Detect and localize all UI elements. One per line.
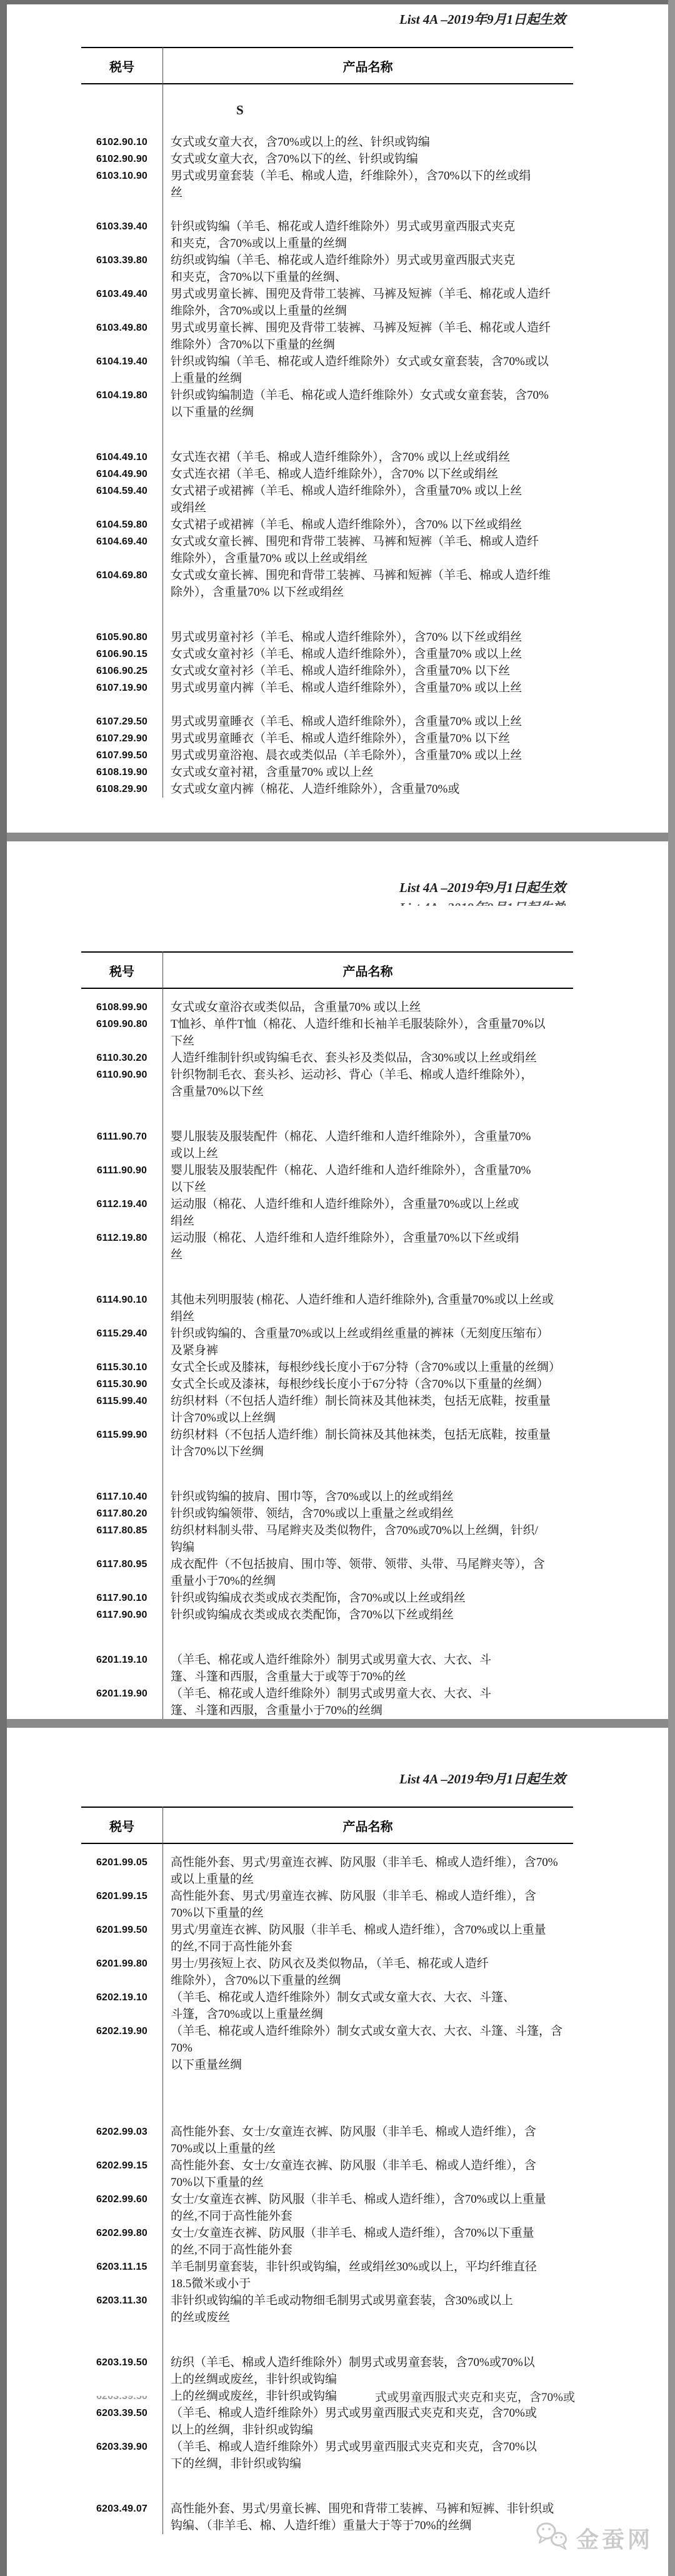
tariff-code: 6202.99.03 bbox=[81, 2123, 162, 2157]
column-header-tariff-code: 税号 bbox=[81, 961, 162, 980]
product-name: 纺织材料制头带、马尾辫夹及类似物件，含70%或70%以上丝绸，针织/钩编 bbox=[162, 1522, 573, 1556]
table-row: 6104.19.80针织或钩编制造（羊毛、棉花或人造纤维除外）女式或女童套装，含… bbox=[81, 387, 573, 421]
product-line: 计含70%或以上丝绸 bbox=[171, 1410, 573, 1426]
tariff-code: 6103.49.40 bbox=[81, 286, 162, 319]
product-name: （羊毛、棉花或人造纤维除外）制男式或男童大衣、大衣、斗篷、斗篷和西服，含重量大于… bbox=[162, 1651, 573, 1685]
product-line: 的丝,不同于高性能外套 bbox=[171, 1938, 573, 1955]
product-line: 非针织或钩编的羊毛或动物细毛制男式或男童套装，含30%或以上 bbox=[171, 2292, 573, 2309]
tariff-code: 6109.90.80 bbox=[81, 1016, 162, 1050]
product-name: （羊毛、棉花或人造纤维除外）制女式或女童大衣、大衣、斗篷、斗篷，含70%或以上重… bbox=[162, 1989, 573, 2023]
tariff-code: 6115.29.40 bbox=[81, 1325, 162, 1359]
tariff-code: 6201.19.10 bbox=[81, 1651, 162, 1685]
tariff-code: 6117.90.90 bbox=[81, 1606, 162, 1623]
product-line: 70%以下重量的丝 bbox=[171, 1905, 573, 1922]
product-name: 高性能外套、男式/男童连衣裤、防风服（非羊毛、棉或人造纤维），含70%以下重量的… bbox=[162, 1888, 573, 1922]
product-line: 除外），含重量70% 以下丝或绢丝 bbox=[171, 584, 573, 601]
product-line: 或绢丝 bbox=[171, 499, 573, 516]
table-row: 6202.99.15高性能外套、女士/女童连衣裤、防风服（非羊毛、棉或人造纤维）… bbox=[81, 2157, 573, 2191]
garbled-overlap-row: 6203.39.50上的丝绸或废丝，非针织或钩编式或男童西服式夹克和夹克，含70… bbox=[81, 2388, 573, 2405]
product-line: 女式连衣裙（羊毛、棉或人造纤维除外），含70% 以下丝或绢丝 bbox=[171, 466, 573, 483]
product-line: 维除外）含70%以下重量的丝绸 bbox=[171, 336, 573, 353]
product-line: 纺织或钩编（羊毛、棉花或人造纤维除外）男式或男童西服式夹克 bbox=[171, 252, 573, 269]
tariff-code: 6202.19.90 bbox=[81, 2023, 162, 2073]
product-line: 的丝,不同于高性能外套 bbox=[171, 2208, 573, 2225]
product-line: T恤衫、单件T恤（棉花、人造纤维和长袖羊毛服装除外），含重量70%以 bbox=[171, 1016, 573, 1033]
table-row: 6117.80.20针织或钩编领带、领结，含70%或以上重量之丝或绢丝 bbox=[81, 1505, 573, 1522]
tariff-code: 6104.49.10 bbox=[81, 449, 162, 466]
product-line: 女式或女童衬衫（羊毛、棉或人造纤维除外），含重量70% 以下丝 bbox=[171, 663, 573, 679]
table-row: 6109.90.80T恤衫、单件T恤（棉花、人造纤维和长袖羊毛服装除外），含重量… bbox=[81, 1016, 573, 1050]
product-line: 计含70%以下丝绸 bbox=[171, 1443, 573, 1460]
product-line: 高性能外套、男式/男童长裤、围兜和背带工装裤、马裤和短裤、非针织或 bbox=[171, 2500, 573, 2517]
tariff-code: 6203.49.07 bbox=[81, 2500, 162, 2534]
product-name: 非针织或钩编的羊毛或动物细毛制男式或男童套装，含30%或以上的丝或废丝 bbox=[162, 2292, 573, 2326]
tariff-code: 6107.29.50 bbox=[81, 713, 162, 730]
table-row: 6104.49.10女式连衣裙（羊毛、棉或人造纤维除外），含70% 或以上丝或绢… bbox=[81, 449, 573, 466]
table-row: 6111.90.70婴儿服装及服装配件（棉花、人造纤维和人造纤维除外），含重量7… bbox=[81, 1128, 573, 1162]
tariff-code: 6112.19.80 bbox=[81, 1230, 162, 1263]
product-line: 70%或以上重量的丝 bbox=[171, 2140, 573, 2157]
tariff-code: 6104.19.40 bbox=[81, 353, 162, 387]
product-line: （羊毛、棉花或人造纤维除外）制女式或女童大衣、大衣、斗篷、 bbox=[171, 1989, 573, 2006]
table-row: 6117.80.85纺织材料制头带、马尾辫夹及类似物件，含70%或70%以上丝绸… bbox=[81, 1522, 573, 1556]
column-header-tariff-code: 税号 bbox=[81, 57, 162, 75]
document-canvas: { "doc": { "header": "List 4A –2019年9月1日… bbox=[0, 0, 675, 2576]
product-line: 高性能外套、男式/男童连衣裤、防风服（非羊毛、棉或人造纤维），含70% bbox=[171, 1854, 573, 1871]
product-line: 绢丝 bbox=[171, 1308, 573, 1325]
table-row: 6107.19.90男式或男童内裤（羊毛、棉或人造纤维除外），含重量70% 或以… bbox=[81, 679, 573, 696]
product-name: 男式或男童内裤（羊毛、棉或人造纤维除外），含重量70% 或以上丝 bbox=[162, 679, 573, 696]
table-row: 6104.69.80女式或女童长裤、围兜和背带工装裤、马裤和短裤（羊毛、棉或人造… bbox=[81, 567, 573, 601]
tariff-code: 6114.90.10 bbox=[81, 1291, 162, 1325]
product-name: 女式或女童浴衣或类似品，含重量70% 或以上丝 bbox=[162, 999, 573, 1016]
table-row: 6104.49.90女式连衣裙（羊毛、棉或人造纤维除外），含70% 以下丝或绢丝 bbox=[81, 466, 573, 483]
product-line: 女式或女童浴衣或类似品，含重量70% 或以上丝 bbox=[171, 999, 573, 1016]
product-name: （羊毛、棉花或人造纤维除外）制男式或男童大衣、大衣、斗篷、斗篷和西服，含重量小于… bbox=[162, 1685, 573, 1719]
tariff-code: 6115.30.10 bbox=[81, 1359, 162, 1376]
tariff-code: 6104.69.80 bbox=[81, 567, 162, 601]
product-name: 高性能外套、男式/男童长裤、围兜和背带工装裤、马裤和短裤、非针织或钩编、（非羊毛… bbox=[162, 2500, 573, 2534]
list-effective-date-header: List 4A –2019年9月1日起生效 bbox=[399, 878, 566, 896]
tariff-code: 6103.39.40 bbox=[81, 218, 162, 252]
table-row: 6203.11.15羊毛制男童套装，非针织或钩编，丝或绢丝30%或以上，平均纤维… bbox=[81, 2258, 573, 2292]
table-header-row: 税号 产品名称 bbox=[81, 1807, 573, 1844]
product-line: 丝 bbox=[171, 1246, 573, 1263]
table-row: 6203.39.50（羊毛、棉或人造纤维除外）男式或男童西服式夹克和夹克，含70… bbox=[81, 2405, 573, 2438]
product-line: 女式或女童大衣，含70%以下的丝、针织或钩编 bbox=[171, 151, 573, 168]
table-row: 6106.90.15女式或女童衬衫（羊毛、棉或人造纤维除外），含重量70% 或以… bbox=[81, 646, 573, 663]
product-line: （羊毛、棉或人造纤维除外）男式或男童西服式夹克和夹克，含70%或 bbox=[171, 2405, 573, 2422]
product-name: 人造纤维制针织或钩编毛衣、套头衫及类似品，含30%或以上丝或绢丝 bbox=[162, 1050, 573, 1066]
product-line: 运动服（棉花、人造纤维和人造纤维除外），含重量70%或以上丝或 bbox=[171, 1196, 573, 1213]
tariff-code: 6201.99.05 bbox=[81, 1854, 162, 1888]
product-name: 成衣配件（不包括披肩、围巾等、领带、领带、头带、马尾辫夹等），含重量小于70%的… bbox=[162, 1556, 573, 1590]
tariff-code: 6117.90.10 bbox=[81, 1590, 162, 1606]
table-row: 6203.19.50纺织（羊毛、棉或人造纤维除外）制男式或男童套装，含70%或7… bbox=[81, 2354, 573, 2388]
product-name: 高性能外套、男式/男童连衣裤、防风服（非羊毛、棉或人造纤维），含70%或以上重量… bbox=[162, 1854, 573, 1888]
product-line: 女式全长或及漆袜，每根纱线长度小于67分特（含70%以下重量的丝绸） bbox=[171, 1376, 573, 1393]
table-row: 6103.49.80男式或男童长裤、围兜及背带工装裤、马裤及短裤（羊毛、棉花或人… bbox=[81, 319, 573, 353]
tariff-code: 6202.19.10 bbox=[81, 1989, 162, 2023]
tariff-code: 6104.69.40 bbox=[81, 533, 162, 567]
tariff-code: 6110.30.20 bbox=[81, 1050, 162, 1066]
product-line: 上重量的丝绸 bbox=[171, 370, 573, 387]
table-row: 6104.59.80女式裙子或裙裤（羊毛、棉或人造纤维除外），含70% 以下丝或… bbox=[81, 516, 573, 533]
product-line: 女式连衣裙（羊毛、棉或人造纤维除外），含70% 或以上丝或绢丝 bbox=[171, 449, 573, 466]
table-row: 6103.10.90男式或男童套装（羊毛、棉或人造，纤维除外），含70%以下的丝… bbox=[81, 168, 573, 201]
product-name: （羊毛、棉花或人造纤维除外）制女式或女童大衣、大衣、斗篷、斗篷，含70%以下重量… bbox=[162, 2023, 573, 2073]
product-line: 男式或男童内裤（羊毛、棉或人造纤维除外），含重量70% 或以上丝 bbox=[171, 679, 573, 696]
product-name: 婴儿服装及服装配件（棉花、人造纤维和人造纤维除外），含重量70%或以上丝 bbox=[162, 1128, 573, 1162]
product-name: 女式裙子或裙裤（羊毛、棉或人造纤维除外），含重量70% 或以上丝或绢丝 bbox=[162, 483, 573, 516]
product-line: 下丝 bbox=[171, 1033, 573, 1050]
table-row: 6104.19.40针织或钩编（羊毛、棉花或人造纤维除外）女式或女童套装，含70… bbox=[81, 353, 573, 387]
product-name: 女式连衣裙（羊毛、棉或人造纤维除外），含70% 以下丝或绢丝 bbox=[162, 466, 573, 483]
product-name: 女式或女童大衣，含70%或以上的丝、针织或钩编 bbox=[162, 134, 573, 151]
product-line: 男士/男孩短上衣、防风衣及类似物品，（羊毛、棉花或人造纤 bbox=[171, 1955, 573, 1972]
table-row: 6112.19.40运动服（棉花、人造纤维和人造纤维除外），含重量70%或以上丝… bbox=[81, 1196, 573, 1230]
column-header-product-name: 产品名称 bbox=[162, 961, 573, 980]
product-line: 维除外），含重量70% 或以上丝或绢丝 bbox=[171, 550, 573, 567]
tariff-code: 6108.29.90 bbox=[81, 781, 162, 798]
product-line: 男式或男童长裤、围兜及背带工装裤、马裤及短裤（羊毛、棉花或人造纤 bbox=[171, 286, 573, 303]
table-row: 6104.69.40女式或女童长裤、围兜和背带工装裤、马裤和短裤（羊毛、棉或人造… bbox=[81, 533, 573, 567]
page-2: List 4A –2019年9月1日起生效 List 4A –2019年9月1日… bbox=[7, 841, 668, 1719]
product-line: 以上的丝绸，非针织或钩编 bbox=[171, 2422, 573, 2438]
product-line: 成衣配件（不包括披肩、围巾等、领带、领带、头带、马尾辫夹等），含 bbox=[171, 1556, 573, 1573]
tariff-code: 6108.19.90 bbox=[81, 764, 162, 781]
product-line: 女式或女童衬衫（羊毛、棉或人造纤维除外），含重量70% 或以上丝 bbox=[171, 646, 573, 663]
tariff-table: 税号 产品名称 S6102.90.10女式或女童大衣，含70%或以上的丝、针织或… bbox=[81, 47, 573, 798]
tariff-code: 6102.90.90 bbox=[81, 151, 162, 168]
tariff-code: 6111.90.90 bbox=[81, 1162, 162, 1196]
product-line: 的丝,不同于高性能外套 bbox=[171, 2242, 573, 2258]
tariff-code: 6203.39.50 bbox=[81, 2405, 162, 2438]
product-name: 女式裙子或裙裤（羊毛、棉或人造纤维除外），含70% 以下丝或绢丝 bbox=[162, 516, 573, 533]
product-name: 男式或男童浴袍、晨衣或类似品（羊毛除外），含重量70% 或以上丝 bbox=[162, 747, 573, 764]
page-gap-divider bbox=[7, 833, 668, 841]
product-line: 女式或女童大衣，含70%或以上的丝、针织或钩编 bbox=[171, 134, 573, 151]
product-line: 其他未列明服装 (棉花、人造纤维和人造纤维除外), 含重量70%或以上丝或 bbox=[171, 1291, 573, 1308]
tariff-code: 6203.39.90 bbox=[81, 2438, 162, 2472]
list-effective-date-header: List 4A –2019年9月1日起生效 bbox=[399, 1769, 566, 1788]
product-line: 婴儿服装及服装配件（棉花、人造纤维和人造纤维除外），含重量70% bbox=[171, 1128, 573, 1145]
product-line: 维除外），含70%以下重量的丝绸 bbox=[171, 1972, 573, 1989]
table-row: 6103.39.40针织或钩编（羊毛、棉花或人造纤维除外）男式或男童西服式夹克和… bbox=[81, 218, 573, 252]
product-name: 女式连衣裙（羊毛、棉或人造纤维除外），含70% 或以上丝或绢丝 bbox=[162, 449, 573, 466]
table-row: 6117.10.40针织或钩编的披肩、围巾等，含70%或以上的丝或绢丝 bbox=[81, 1488, 573, 1505]
product-line: 丝 bbox=[171, 184, 573, 201]
page-1: List 4A –2019年9月1日起生效 税号 产品名称 S6102.90.1… bbox=[7, 4, 668, 833]
product-name: 女式或女童长裤、围兜和背带工装裤、马裤和短裤（羊毛、棉或人造纤维除外），含重量7… bbox=[162, 533, 573, 567]
product-name: 男式或男童长裤、围兜及背带工装裤、马裤及短裤（羊毛、棉花或人造纤维除外，含70%… bbox=[162, 286, 573, 319]
table-header-row: 税号 产品名称 bbox=[81, 47, 573, 84]
table-row: 6202.99.60女士/女童连衣裤、防风服（非羊毛、棉或人造纤维），含70%或… bbox=[81, 2191, 573, 2225]
product-name: 纺织或钩编（羊毛、棉花或人造纤维除外）男式或男童西服式夹克和夹克，含70%以下重… bbox=[162, 252, 573, 286]
tariff-code: 6115.99.90 bbox=[81, 1426, 162, 1460]
product-line: （羊毛、棉花或人造纤维除外）制男式或男童大衣、大衣、斗 bbox=[171, 1685, 573, 1702]
column-header-product-name: 产品名称 bbox=[162, 1817, 573, 1835]
tariff-code: 6201.99.80 bbox=[81, 1955, 162, 1989]
product-line: 女式裙子或裙裤（羊毛、棉或人造纤维除外），含70% 以下丝或绢丝 bbox=[171, 516, 573, 533]
tariff-code: 6106.90.15 bbox=[81, 646, 162, 663]
product-name: 针织或钩编的披肩、围巾等，含70%或以上的丝或绢丝 bbox=[162, 1488, 573, 1505]
table-row: 6115.99.90纺织材料（不包括人造纤维）制长筒袜及其他袜类，包括无底鞋，按… bbox=[81, 1426, 573, 1460]
product-line: 男式或男童睡衣（羊毛、棉或人造纤维除外），含重量70% 或以上丝 bbox=[171, 713, 573, 730]
product-name: 针织或钩编（羊毛、棉花或人造纤维除外）男式或男童西服式夹克和夹克，含70%或以上… bbox=[162, 218, 573, 252]
wechat-logo-icon bbox=[535, 2522, 570, 2555]
table-row: 6103.49.40男式或男童长裤、围兜及背带工装裤、马裤及短裤（羊毛、棉花或人… bbox=[81, 286, 573, 319]
tariff-code: 6106.90.25 bbox=[81, 663, 162, 679]
product-name: 女士/女童连衣裤、防风服（非羊毛、棉或人造纤维），含70%以下重量的丝,不同于高… bbox=[162, 2225, 573, 2258]
product-name: 男式或男童睡衣（羊毛、棉或人造纤维除外），含重量70% 以下丝 bbox=[162, 730, 573, 747]
page-3: List 4A –2019年9月1日起生效 税号 产品名称 6201.99.05… bbox=[7, 1728, 668, 2576]
tariff-code: 6103.39.80 bbox=[81, 252, 162, 286]
column-header-tariff-code: 税号 bbox=[81, 1817, 162, 1835]
product-name: 针织或钩编成衣类或成衣类配饰，含70%或以上丝或绢丝 bbox=[162, 1590, 573, 1606]
product-line: 针织或钩编（羊毛、棉花或人造纤维除外）男式或男童西服式夹克 bbox=[171, 218, 573, 235]
table-body: 6108.99.90女式或女童浴衣或类似品，含重量70% 或以上丝6109.90… bbox=[81, 989, 573, 1719]
product-line: 羊毛制男童套装，非针织或钩编，丝或绢丝30%或以上，平均纤维直径 bbox=[171, 2258, 573, 2275]
table-header-row: 税号 产品名称 bbox=[81, 951, 573, 989]
product-line: 针织或钩编（羊毛、棉花或人造纤维除外）女式或女童套装，含70%或以 bbox=[171, 353, 573, 370]
product-line: 运动服（棉花、人造纤维和人造纤维除外），含重量70%以下丝或绢 bbox=[171, 1230, 573, 1246]
table-row: 6202.99.80女士/女童连衣裤、防风服（非羊毛、棉或人造纤维），含70%以… bbox=[81, 2225, 573, 2258]
product-line: （羊毛、棉花或人造纤维除外）制男式或男童大衣、大衣、斗 bbox=[171, 1651, 573, 1668]
product-line: 钩编、（非羊毛、棉、人造纤维）重量大于等于70%的丝绸 bbox=[171, 2517, 573, 2534]
product-name: （羊毛、棉或人造纤维除外）男式或男童西服式夹克和夹克，含70%以下的丝绸，非针织… bbox=[162, 2438, 573, 2472]
product-line: 钩编 bbox=[171, 1539, 573, 1556]
faded-partial-code: 6203.39.50 bbox=[96, 2391, 147, 2402]
tariff-code: 6203.39.50 bbox=[81, 2388, 162, 2405]
table-row: 6110.30.20人造纤维制针织或钩编毛衣、套头衫及类似品，含30%或以上丝或… bbox=[81, 1050, 573, 1066]
product-name: 其他未列明服装 (棉花、人造纤维和人造纤维除外), 含重量70%或以上丝或绢丝 bbox=[162, 1291, 573, 1325]
table-row: 6108.19.90女式或女童衬裙，含重量70% 或以上丝 bbox=[81, 764, 573, 781]
tariff-code: 6203.11.15 bbox=[81, 2258, 162, 2292]
product-line: 针织或钩编的、含重量70%或以上丝或绢丝重量的裤袜（无刻度压缩布） bbox=[171, 1325, 573, 1342]
product-name: 女士/女童连衣裤、防风服（非羊毛、棉或人造纤维），含70%或以上重量的丝,不同于… bbox=[162, 2191, 573, 2225]
list-effective-date-header: List 4A –2019年9月1日起生效 bbox=[399, 9, 566, 28]
product-line: 针织物制毛衣、套头衫、运动衫、背心（羊毛、棉或人造纤维除外）， bbox=[171, 1066, 573, 1083]
table-row: 6108.29.90女式或女童内裤（棉花、人造纤维除外），含重量70%或 bbox=[81, 781, 573, 798]
product-name: 女式全长或及漆袜，每根纱线长度小于67分特（含70%以下重量的丝绸） bbox=[162, 1376, 573, 1393]
product-name: 男式或男童长裤、围兜及背带工装裤、马裤及短裤（羊毛、棉花或人造纤维除外）含70%… bbox=[162, 319, 573, 353]
product-line: 女士/女童连衣裤、防风服（非羊毛、棉或人造纤维），含70%或以上重量 bbox=[171, 2191, 573, 2208]
tariff-code: 6117.10.40 bbox=[81, 1488, 162, 1505]
table-row: 6115.30.90女式全长或及漆袜，每根纱线长度小于67分特（含70%以下重量… bbox=[81, 1376, 573, 1393]
product-name: 针织或钩编的、含重量70%或以上丝或绢丝重量的裤袜（无刻度压缩布）及紧身裤 bbox=[162, 1325, 573, 1359]
product-line: 斗篷，含70%或以上重量丝绸 bbox=[171, 2006, 573, 2023]
tariff-code: 6103.49.80 bbox=[81, 319, 162, 353]
product-line: 男式或男童衬衫（羊毛、棉或人造纤维除外），含70% 以下丝或绢丝 bbox=[171, 629, 573, 646]
product-line: 或以上重量的丝 bbox=[171, 1871, 573, 1888]
product-line: 18.5微米或小于 bbox=[171, 2275, 573, 2292]
table-row: 6117.90.10针织或钩编成衣类或成衣类配饰，含70%或以上丝或绢丝 bbox=[81, 1590, 573, 1606]
product-name: 女式或女童内裤（棉花、人造纤维除外），含重量70%或 bbox=[162, 781, 573, 798]
product-name: 男式或男童睡衣（羊毛、棉或人造纤维除外），含重量70% 或以上丝 bbox=[162, 713, 573, 730]
tariff-code: 6104.59.40 bbox=[81, 483, 162, 516]
product-name: 纺织材料（不包括人造纤维）制长筒袜及其他袜类，包括无底鞋，按重量计含70%以下丝… bbox=[162, 1426, 573, 1460]
product-line: （羊毛、棉花或人造纤维除外）制女式或女童大衣、大衣、斗篷、斗篷，含70% bbox=[171, 2023, 573, 2057]
product-line: 纺织材料（不包括人造纤维）制长筒袜及其他袜类，包括无底鞋，按重量 bbox=[171, 1426, 573, 1443]
tariff-code: 6111.90.70 bbox=[81, 1128, 162, 1162]
product-name: 女式或女童衬衫（羊毛、棉或人造纤维除外），含重量70% 或以上丝 bbox=[162, 646, 573, 663]
product-line: 和夹克，含70%以下重量的丝绸、 bbox=[171, 269, 573, 286]
tariff-code: 6202.99.15 bbox=[81, 2157, 162, 2191]
table-row: 6117.80.95成衣配件（不包括披肩、围巾等、领带、领带、头带、马尾辫夹等）… bbox=[81, 1556, 573, 1590]
table-row: 6107.29.50男式或男童睡衣（羊毛、棉或人造纤维除外），含重量70% 或以… bbox=[81, 713, 573, 730]
product-line: 针织或钩编制造（羊毛、棉花或人造纤维除外）女式或女童套装，含70% bbox=[171, 387, 573, 404]
product-name: 男士/男孩短上衣、防风衣及类似物品，（羊毛、棉花或人造纤维除外），含70%以下重… bbox=[162, 1955, 573, 1989]
product-line: 男式或男童睡衣（羊毛、棉或人造纤维除外），含重量70% 以下丝 bbox=[171, 730, 573, 747]
product-name: 男式/男童连衣裤、防风服（非羊毛、棉或人造纤维），含70%或以上重量的丝,不同于… bbox=[162, 1922, 573, 1955]
site-watermark-text: 金蚕网 bbox=[576, 2522, 653, 2554]
product-line: 篷、斗篷和西服，含重量小于70%的丝绸 bbox=[171, 1702, 573, 1719]
product-name: S bbox=[162, 102, 573, 119]
clipped-duplicate-header: List 4A –2019年9月1日起生效 bbox=[399, 898, 566, 906]
product-line: 及紧身裤 bbox=[171, 1342, 573, 1359]
table-row: 6203.11.30非针织或钩编的羊毛或动物细毛制男式或男童套装，含30%或以上… bbox=[81, 2292, 573, 2326]
tariff-table: 税号 产品名称 6201.99.05高性能外套、男式/男童连衣裤、防风服（非羊毛… bbox=[81, 1807, 573, 2534]
product-line: 以下重量的丝绸 bbox=[171, 404, 573, 421]
product-line: 针织或钩编成衣类或成衣类配饰，含70%以下丝或绢丝 bbox=[171, 1606, 573, 1623]
table-row: 6202.99.03高性能外套、女士/女童连衣裤、防风服（非羊毛、棉或人造纤维）… bbox=[81, 2123, 573, 2157]
table-row: 6103.39.80纺织或钩编（羊毛、棉花或人造纤维除外）男式或男童西服式夹克和… bbox=[81, 252, 573, 286]
product-name: 女式或女童长裤、围兜和背带工装裤、马裤和短裤（羊毛、棉或人造纤维除外），含重量7… bbox=[162, 567, 573, 601]
product-line: 女士/女童连衣裤、防风服（非羊毛、棉或人造纤维），含70%以下重量 bbox=[171, 2225, 573, 2242]
table-row: 6110.90.90针织物制毛衣、套头衫、运动衫、背心（羊毛、棉或人造纤维除外）… bbox=[81, 1066, 573, 1100]
table-body: S6102.90.10女式或女童大衣，含70%或以上的丝、针织或钩编6102.9… bbox=[81, 84, 573, 798]
overlap-line-b: 式或男童西服式夹克和夹克，含70%或 bbox=[375, 2389, 575, 2406]
table-row: 6201.99.15高性能外套、男式/男童连衣裤、防风服（非羊毛、棉或人造纤维）… bbox=[81, 1888, 573, 1922]
table-row: 6107.99.50男式或男童浴袍、晨衣或类似品（羊毛除外），含重量70% 或以… bbox=[81, 747, 573, 764]
table-row: 6201.99.50男式/男童连衣裤、防风服（非羊毛、棉或人造纤维），含70%或… bbox=[81, 1922, 573, 1955]
product-name: 运动服（棉花、人造纤维和人造纤维除外），含重量70%以下丝或绢丝 bbox=[162, 1230, 573, 1263]
product-name: 针织物制毛衣、套头衫、运动衫、背心（羊毛、棉或人造纤维除外），含重量70%以下丝 bbox=[162, 1066, 573, 1100]
product-name: 女式全长或及膝袜，每根纱线长度小于67分特（含70%或以上重量的丝绸） bbox=[162, 1359, 573, 1376]
product-line: 针织或钩编领带、领结，含70%或以上重量之丝或绢丝 bbox=[171, 1505, 573, 1522]
product-name: 纺织材料（不包括人造纤维）制长筒袜及其他袜类，包括无底鞋，按重量计含70%或以上… bbox=[162, 1393, 573, 1426]
tariff-code: 6203.11.30 bbox=[81, 2292, 162, 2326]
tariff-code: 6201.19.90 bbox=[81, 1685, 162, 1719]
product-line: 70%以下重量的丝 bbox=[171, 2174, 573, 2191]
product-line: 高性能外套、女士/女童连衣裤、防风服（非羊毛、棉或人造纤维），含 bbox=[171, 2123, 573, 2140]
product-name: 高性能外套、女士/女童连衣裤、防风服（非羊毛、棉或人造纤维），含70%或以上重量… bbox=[162, 2123, 573, 2157]
table-row: 6104.59.40女式裙子或裙裤（羊毛、棉或人造纤维除外），含重量70% 或以… bbox=[81, 483, 573, 516]
product-name: 针织或钩编成衣类或成衣类配饰，含70%以下丝或绢丝 bbox=[162, 1606, 573, 1623]
table-row: 6108.99.90女式或女童浴衣或类似品，含重量70% 或以上丝 bbox=[81, 999, 573, 1016]
product-name: 高性能外套、女士/女童连衣裤、防风服（非羊毛、棉或人造纤维），含70%以下重量的… bbox=[162, 2157, 573, 2191]
product-line: 纺织材料制头带、马尾辫夹及类似物件，含70%或70%以上丝绸，针织/ bbox=[171, 1522, 573, 1539]
table-row: 6203.49.07高性能外套、男式/男童长裤、围兜和背带工装裤、马裤和短裤、非… bbox=[81, 2500, 573, 2534]
page-gap-divider bbox=[7, 1719, 668, 1728]
tariff-code: 6201.99.50 bbox=[81, 1922, 162, 1955]
product-name: 纺织（羊毛、棉或人造纤维除外）制男式或男童套装，含70%或70%以上的丝绸或废丝… bbox=[162, 2354, 573, 2388]
table-row: 6201.19.90（羊毛、棉花或人造纤维除外）制男式或男童大衣、大衣、斗篷、斗… bbox=[81, 1685, 573, 1719]
product-line: 女式或女童衬裙，含重量70% 或以上丝 bbox=[171, 764, 573, 781]
product-name: 针织或钩编（羊毛、棉花或人造纤维除外）女式或女童套装，含70%或以上重量的丝绸 bbox=[162, 353, 573, 387]
frame-edge-left bbox=[0, 0, 7, 2576]
product-line: 以下重量丝绸 bbox=[171, 2057, 573, 2073]
product-line: 女式或女童内裤（棉花、人造纤维除外），含重量70%或 bbox=[171, 781, 573, 798]
product-line: 男式或男童浴袍、晨衣或类似品（羊毛除外），含重量70% 或以上丝 bbox=[171, 747, 573, 764]
tariff-code: 6104.19.80 bbox=[81, 387, 162, 421]
tariff-code: 6117.80.20 bbox=[81, 1505, 162, 1522]
product-line: （羊毛、棉或人造纤维除外）男式或男童西服式夹克和夹克，含70%以 bbox=[171, 2438, 573, 2455]
table-row: 6203.39.90（羊毛、棉或人造纤维除外）男式或男童西服式夹克和夹克，含70… bbox=[81, 2438, 573, 2472]
tariff-code: 6115.30.90 bbox=[81, 1376, 162, 1393]
product-line: 下的丝绸，非针织或钩编 bbox=[171, 2455, 573, 2472]
column-header-product-name: 产品名称 bbox=[162, 57, 573, 75]
product-name: 男式或男童衬衫（羊毛、棉或人造纤维除外），含70% 以下丝或绢丝 bbox=[162, 629, 573, 646]
site-watermark: 金蚕网 bbox=[535, 2522, 653, 2555]
frame-edge-top bbox=[0, 0, 675, 4]
product-line: 高性能外套、男式/男童连衣裤、防风服（非羊毛、棉或人造纤维），含 bbox=[171, 1888, 573, 1905]
table-row: 6105.90.80男式或男童衬衫（羊毛、棉或人造纤维除外），含70% 以下丝或… bbox=[81, 629, 573, 646]
tariff-code: 6112.19.40 bbox=[81, 1196, 162, 1230]
table-row: 6201.99.05高性能外套、男式/男童连衣裤、防风服（非羊毛、棉或人造纤维）… bbox=[81, 1854, 573, 1888]
product-line: 人造纤维制针织或钩编毛衣、套头衫及类似品，含30%或以上丝或绢丝 bbox=[171, 1050, 573, 1066]
product-line: 或以上丝 bbox=[171, 1145, 573, 1162]
product-line: 针织或钩编的披肩、围巾等，含70%或以上的丝或绢丝 bbox=[171, 1488, 573, 1505]
tariff-code: 6108.99.90 bbox=[81, 999, 162, 1016]
product-line: 绢丝 bbox=[171, 1213, 573, 1230]
product-line: S bbox=[236, 102, 573, 119]
tariff-code: 6202.99.60 bbox=[81, 2191, 162, 2225]
table-row: 6202.19.90（羊毛、棉花或人造纤维除外）制女式或女童大衣、大衣、斗篷、斗… bbox=[81, 2023, 573, 2073]
product-line: 女式裙子或裙裤（羊毛、棉或人造纤维除外），含重量70% 或以上丝 bbox=[171, 483, 573, 499]
product-name: 女式或女童衬衫（羊毛、棉或人造纤维除外），含重量70% 以下丝 bbox=[162, 663, 573, 679]
product-line: 婴儿服装及服装配件（棉花、人造纤维和人造纤维除外），含重量70% bbox=[171, 1162, 573, 1179]
table-row: 6201.19.10（羊毛、棉花或人造纤维除外）制男式或男童大衣、大衣、斗篷、斗… bbox=[81, 1651, 573, 1685]
table-row: 6117.90.90针织或钩编成衣类或成衣类配饰，含70%以下丝或绢丝 bbox=[81, 1606, 573, 1623]
table-row: 6115.99.40纺织材料（不包括人造纤维）制长筒袜及其他袜类，包括无底鞋，按… bbox=[81, 1393, 573, 1426]
table-row: 6115.29.40针织或钩编的、含重量70%或以上丝或绢丝重量的裤袜（无刻度压… bbox=[81, 1325, 573, 1359]
product-name: 女式或女童衬裙，含重量70% 或以上丝 bbox=[162, 764, 573, 781]
table-row: S bbox=[81, 102, 573, 119]
product-line: 女式或女童长裤、围兜和背带工装裤、马裤和短裤（羊毛、棉或人造纤 bbox=[171, 533, 573, 550]
table-body: 6201.99.05高性能外套、男式/男童连衣裤、防风服（非羊毛、棉或人造纤维）… bbox=[81, 1844, 573, 2534]
tariff-code: 6115.99.40 bbox=[81, 1393, 162, 1426]
product-line: 上的丝绸或废丝，非针织或钩编 bbox=[171, 2371, 573, 2388]
product-name: 女式或女童大衣，含70%以下的丝、针织或钩编 bbox=[162, 151, 573, 168]
product-line: 男式或男童套装（羊毛、棉或人造，纤维除外），含70%以下的丝或绢 bbox=[171, 168, 573, 184]
product-line: 女式全长或及膝袜，每根纱线长度小于67分特（含70%或以上重量的丝绸） bbox=[171, 1359, 573, 1376]
overlap-line-a: 上的丝绸或废丝，非针织或钩编 bbox=[171, 2390, 337, 2403]
tariff-code: 6201.99.15 bbox=[81, 1888, 162, 1922]
tariff-code: 6117.80.85 bbox=[81, 1522, 162, 1556]
table-row: 6114.90.10其他未列明服装 (棉花、人造纤维和人造纤维除外), 含重量7… bbox=[81, 1291, 573, 1325]
tariff-code: 6202.99.80 bbox=[81, 2225, 162, 2258]
tariff-code: 6203.19.50 bbox=[81, 2354, 162, 2388]
table-row: 6112.19.80运动服（棉花、人造纤维和人造纤维除外），含重量70%以下丝或… bbox=[81, 1230, 573, 1263]
product-line: 纺织材料（不包括人造纤维）制长筒袜及其他袜类，包括无底鞋，按重量 bbox=[171, 1393, 573, 1410]
tariff-table: 税号 产品名称 6108.99.90女式或女童浴衣或类似品，含重量70% 或以上… bbox=[81, 951, 573, 1719]
product-line: 针织或钩编成衣类或成衣类配饰，含70%或以上丝或绢丝 bbox=[171, 1590, 573, 1606]
tariff-code: 6110.90.90 bbox=[81, 1066, 162, 1100]
product-line: 以下丝 bbox=[171, 1179, 573, 1196]
table-row: 6201.99.80男士/男孩短上衣、防风衣及类似物品，（羊毛、棉花或人造纤维除… bbox=[81, 1955, 573, 1989]
table-row: 6107.29.90男式或男童睡衣（羊毛、棉或人造纤维除外），含重量70% 以下… bbox=[81, 730, 573, 747]
product-name: 针织或钩编领带、领结，含70%或以上重量之丝或绢丝 bbox=[162, 1505, 573, 1522]
product-line: 含重量70%以下丝 bbox=[171, 1083, 573, 1100]
product-line: 高性能外套、女士/女童连衣裤、防风服（非羊毛、棉或人造纤维），含 bbox=[171, 2157, 573, 2174]
product-line: 重量小于70%的丝绸 bbox=[171, 1573, 573, 1590]
product-name: 上的丝绸或废丝，非针织或钩编式或男童西服式夹克和夹克，含70%或 bbox=[162, 2388, 573, 2405]
table-row: 6115.30.10女式全长或及膝袜，每根纱线长度小于67分特（含70%或以上重… bbox=[81, 1359, 573, 1376]
table-row: 6102.90.90女式或女童大衣，含70%以下的丝、针织或钩编 bbox=[81, 151, 573, 168]
product-name: 针织或钩编制造（羊毛、棉花或人造纤维除外）女式或女童套装，含70%以下重量的丝绸 bbox=[162, 387, 573, 421]
